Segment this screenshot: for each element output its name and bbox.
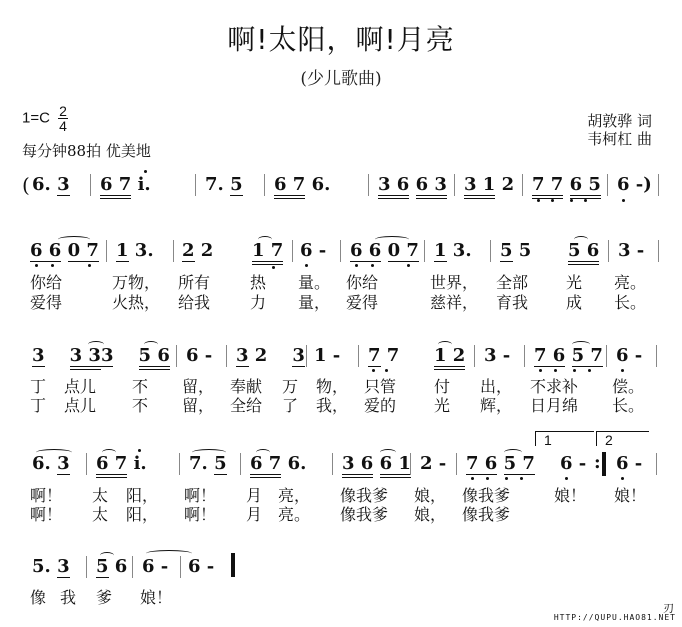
low-octave-dot	[554, 369, 557, 372]
measure: 6 -	[142, 556, 168, 577]
low-octave-dot	[539, 369, 542, 372]
low-octave-dot	[588, 369, 591, 372]
measure: 3 -	[618, 240, 644, 261]
final-barline	[231, 553, 235, 577]
lyric: 爱的	[364, 393, 396, 416]
lyric: 长。	[612, 393, 644, 416]
time-signature-top: 2	[58, 104, 68, 119]
low-octave-dot	[537, 199, 540, 202]
barline	[106, 240, 107, 262]
lyric: 月	[246, 502, 262, 525]
measure: 6 -	[188, 556, 214, 577]
lyric: 力	[250, 290, 266, 313]
key-label: 1=C	[22, 109, 50, 126]
barline	[332, 453, 333, 475]
measure: 6 7 i.	[96, 453, 147, 474]
measure: 6 -	[560, 453, 586, 474]
measure: 7. 5	[189, 453, 227, 474]
measure: 6 7 6.	[274, 174, 330, 195]
measure: 3 3 33 5 6	[32, 345, 170, 366]
low-octave-dot	[371, 264, 374, 267]
lyric: 育我	[496, 290, 528, 313]
barline	[180, 556, 181, 578]
measure: 6 -	[616, 453, 642, 474]
measure: 1 7	[252, 240, 283, 261]
composer-credit: 韦柯杠 曲	[587, 130, 652, 148]
low-octave-dot	[573, 369, 576, 372]
low-octave-dot	[407, 264, 410, 267]
measure: 6 -)	[617, 174, 652, 195]
barline	[656, 345, 657, 367]
barline	[340, 240, 341, 262]
lyric: 量，	[298, 290, 330, 313]
lyricist-credit: 胡敦骅 词	[587, 112, 652, 130]
lyric: 娘，	[414, 502, 446, 525]
measure: 6 6 0 7	[30, 240, 99, 261]
repeat-dots: :	[594, 452, 601, 473]
measure: 1 2	[434, 345, 465, 366]
measure: 6. 3	[32, 174, 70, 195]
time-signature-bottom: 4	[58, 119, 68, 133]
barline	[524, 345, 525, 367]
measure: 7 7 6 5	[532, 174, 601, 195]
lyric: 娘！	[140, 585, 172, 608]
lyric: 啊！	[30, 502, 62, 525]
lyric: 日月绵	[530, 393, 578, 416]
lyric: 给我	[178, 290, 210, 313]
measure: 3 6 6 1	[342, 453, 411, 474]
low-octave-dot	[272, 266, 275, 269]
low-octave-dot	[570, 199, 573, 202]
barline	[173, 240, 174, 262]
measure: 7. 5	[205, 174, 243, 195]
barline	[522, 174, 523, 196]
lyric: 我	[60, 585, 76, 608]
barline	[264, 174, 265, 196]
lyric: 爱得	[346, 290, 378, 313]
low-octave-dot	[471, 477, 474, 480]
measure: 5 5	[500, 240, 531, 261]
lyric: 火热，	[112, 290, 160, 313]
barline	[292, 240, 293, 262]
lyric: 了	[282, 393, 298, 416]
lyric: 太	[92, 502, 108, 525]
barline	[358, 345, 359, 367]
barline	[306, 345, 307, 367]
low-octave-dot	[88, 264, 91, 267]
measure: 6. 3	[32, 453, 70, 474]
repeat-end-barline	[602, 452, 606, 476]
lyric: 成	[566, 290, 582, 313]
high-octave-dot	[138, 449, 141, 452]
lyric: 像	[30, 585, 46, 608]
tempo-marking: 每分钟88拍 优美地	[22, 140, 151, 161]
lyric: 娘！	[554, 483, 586, 506]
measure: 1 3.	[434, 240, 472, 261]
barline	[195, 174, 196, 196]
measure: 5 6	[568, 240, 599, 261]
lyric: 点儿	[64, 393, 96, 416]
low-octave-dot	[520, 477, 523, 480]
lyric: 全给	[230, 393, 262, 416]
barline	[86, 556, 87, 578]
lyric: 慈祥，	[430, 290, 478, 313]
low-octave-dot	[385, 369, 388, 372]
measure: 6 -	[186, 345, 212, 366]
watermark-url: HTTP://QUPU.HAO81.NET	[554, 613, 676, 622]
low-octave-dot	[372, 369, 375, 372]
low-octave-dot	[622, 199, 625, 202]
measure: 7 7	[368, 345, 399, 366]
high-octave-dot	[144, 170, 147, 173]
time-signature: 2 4	[58, 104, 68, 133]
song-subtitle: (少儿歌曲)	[0, 64, 682, 89]
lyric: 阳，	[126, 502, 158, 525]
barline	[474, 345, 475, 367]
barline	[410, 453, 411, 475]
lyric: 亮。	[278, 502, 310, 525]
volta-second-ending: 2	[596, 431, 649, 446]
low-octave-dot	[584, 199, 587, 202]
measure: 2 -	[420, 453, 446, 474]
measure: 1 -	[314, 345, 340, 366]
lyric: 我，	[316, 393, 348, 416]
lyric: 不	[132, 393, 148, 416]
barline	[658, 174, 659, 196]
measure: 1 3.	[116, 240, 154, 261]
low-octave-dot	[486, 477, 489, 480]
lyric: 像我爹	[462, 502, 510, 525]
lyric: 长。	[614, 290, 646, 313]
barline	[226, 345, 227, 367]
lyric: 留，	[182, 393, 214, 416]
lyric: 爹	[96, 585, 112, 608]
barline	[368, 174, 369, 196]
measure: 7 6 5 7	[534, 345, 603, 366]
lyric: 爱得	[30, 290, 62, 313]
barline	[240, 453, 241, 475]
barline	[90, 174, 91, 196]
low-octave-dot	[621, 477, 624, 480]
measure: 6 -	[300, 240, 326, 261]
measure: 2 2	[182, 240, 213, 261]
low-octave-dot	[565, 477, 568, 480]
lyric: 像我爹	[340, 502, 388, 525]
open-paren: (	[22, 173, 30, 197]
measure: 3 2 3	[236, 345, 305, 366]
measure: 7 6 5 7	[466, 453, 535, 474]
barline	[456, 453, 457, 475]
measure: 3 1 2	[464, 174, 514, 195]
measure: 6 7 6.	[250, 453, 306, 474]
song-title: 啊!太阳，啊!月亮	[0, 18, 682, 58]
volta-first-ending: 1	[535, 431, 594, 446]
barline	[454, 174, 455, 196]
lyric: 辉，	[480, 393, 512, 416]
barline	[490, 240, 491, 262]
measure: 5. 3	[32, 556, 70, 577]
barline	[86, 453, 87, 475]
barline	[658, 240, 659, 262]
measure: 6 7 i.	[100, 174, 151, 195]
low-octave-dot	[551, 199, 554, 202]
key-signature: 1=C 2 4	[22, 104, 68, 133]
low-octave-dot	[51, 264, 54, 267]
low-octave-dot	[355, 264, 358, 267]
barline	[656, 453, 657, 475]
measure: 3 6 6 3	[378, 174, 447, 195]
barline	[424, 240, 425, 262]
barline	[606, 345, 607, 367]
lyric: 娘！	[614, 483, 646, 506]
low-octave-dot	[305, 264, 308, 267]
barline	[608, 240, 609, 262]
measure: 6 -	[616, 345, 642, 366]
measure: 5 6	[96, 556, 127, 577]
barline	[607, 174, 608, 196]
lyric: 丁	[30, 393, 46, 416]
barline	[132, 556, 133, 578]
barline	[179, 453, 180, 475]
low-octave-dot	[35, 264, 38, 267]
barline	[176, 345, 177, 367]
measure: 3 -	[484, 345, 510, 366]
low-octave-dot	[505, 477, 508, 480]
measure: 6 6 0 7	[350, 240, 419, 261]
low-octave-dot	[621, 369, 624, 372]
lyric: 光	[434, 393, 450, 416]
lyric: 啊！	[184, 502, 216, 525]
